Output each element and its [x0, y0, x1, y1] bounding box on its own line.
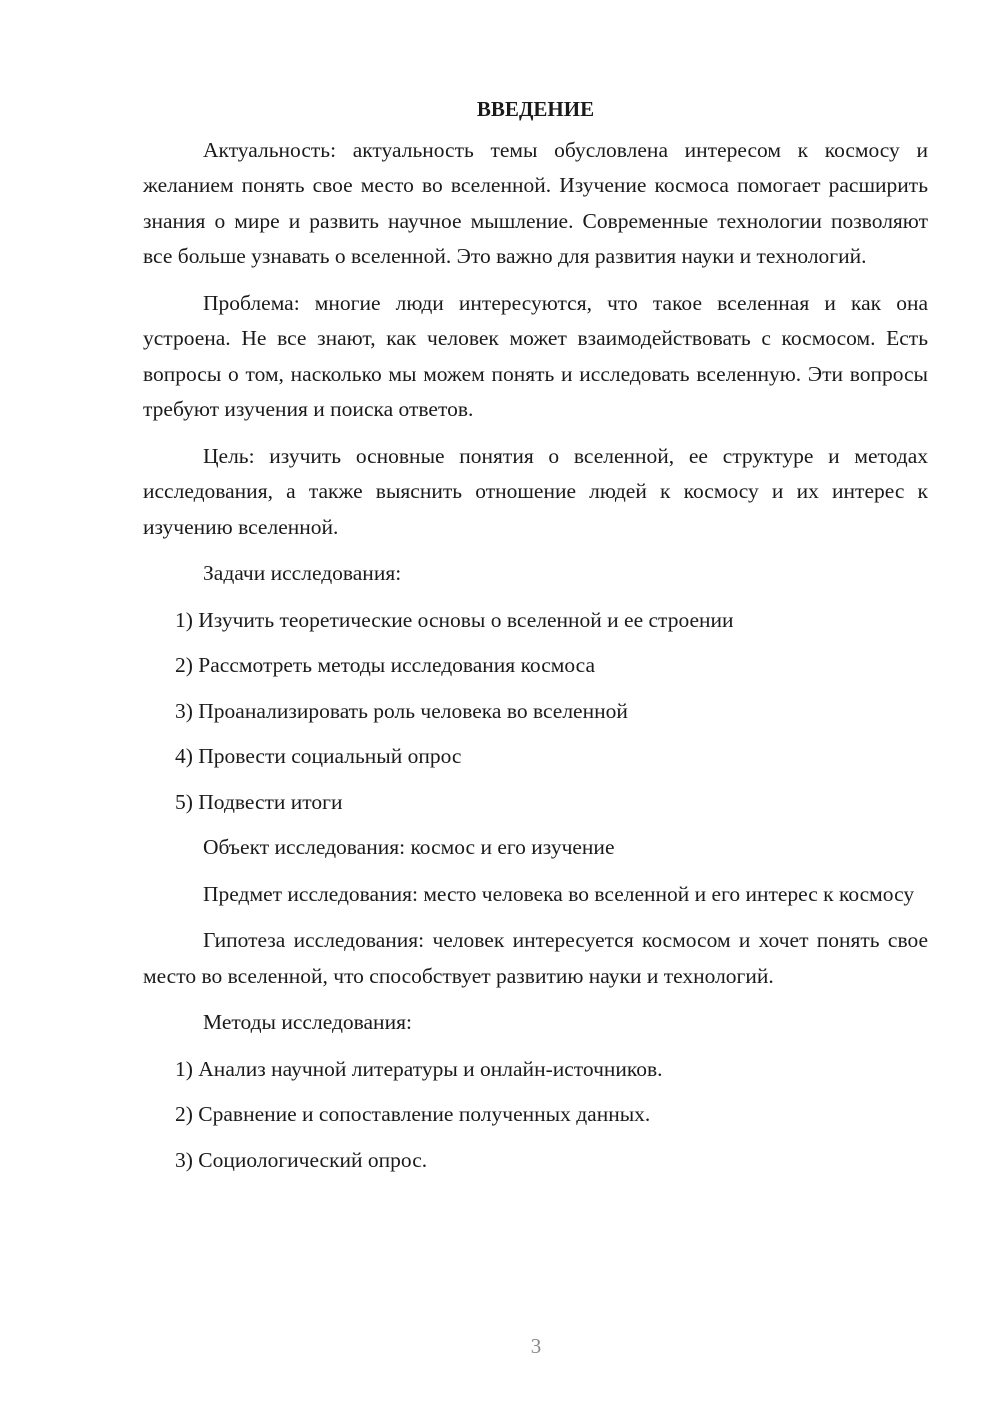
methods-heading: Методы исследования:	[143, 1005, 928, 1041]
list-item: 2) Сравнение и сопоставление полученных …	[143, 1097, 928, 1133]
paragraph-hypothesis: Гипотеза исследования: человек интересуе…	[143, 923, 928, 994]
tasks-heading: Задачи исследования:	[143, 556, 928, 592]
paragraph-subject: Предмет исследования: место человека во …	[143, 877, 928, 913]
section-title: ВВЕДЕНИЕ	[143, 92, 928, 128]
paragraph-object: Объект исследования: космос и его изучен…	[143, 830, 928, 866]
list-item: 4) Провести социальный опрос	[143, 739, 928, 775]
list-item: 1) Изучить теоретические основы о вселен…	[143, 603, 928, 639]
methods-list: 1) Анализ научной литературы и онлайн-ис…	[143, 1052, 928, 1179]
list-item: 3) Социологический опрос.	[143, 1143, 928, 1179]
page-number: 3	[0, 1334, 1000, 1359]
list-item: 1) Анализ научной литературы и онлайн-ис…	[143, 1052, 928, 1088]
tasks-list: 1) Изучить теоретические основы о вселен…	[143, 603, 928, 821]
list-item: 2) Рассмотреть методы исследования космо…	[143, 648, 928, 684]
paragraph-problem: Проблема: многие люди интересуются, что …	[143, 286, 928, 428]
list-item: 5) Подвести итоги	[143, 785, 928, 821]
list-item: 3) Проанализировать роль человека во все…	[143, 694, 928, 730]
paragraph-relevance: Актуальность: актуальность темы обусловл…	[143, 133, 928, 275]
paragraph-goal: Цель: изучить основные понятия о вселенн…	[143, 439, 928, 546]
document-page: ВВЕДЕНИЕ Актуальность: актуальность темы…	[143, 92, 928, 1188]
